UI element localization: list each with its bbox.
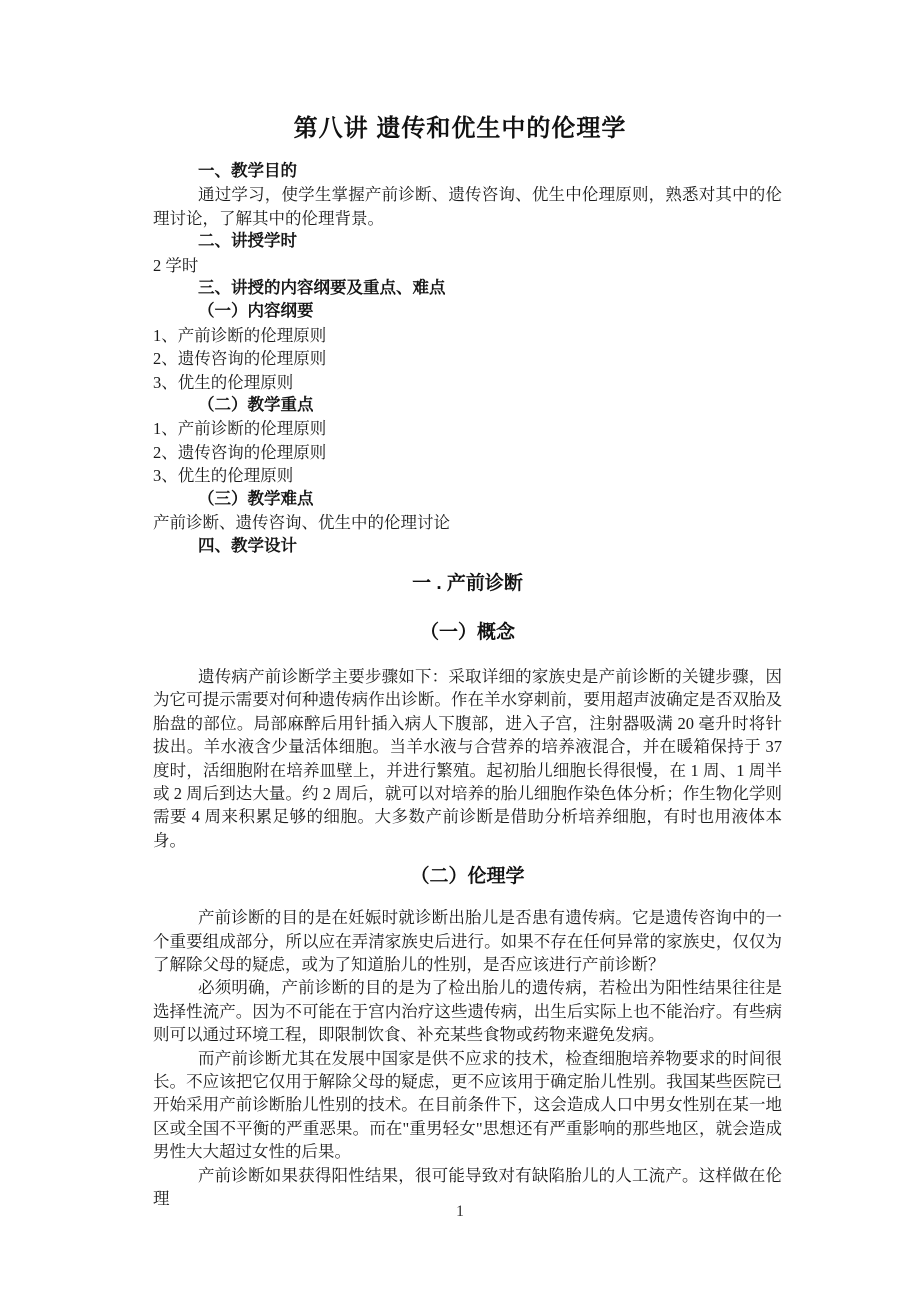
list-item: 2、遗传咨询的伦理原则 [153, 347, 782, 370]
page-number: 1 [0, 1200, 920, 1223]
outline-class-hours-text: 2 学时 [153, 254, 782, 277]
section-heading-prenatal-diagnosis: 一 . 产前诊断 [153, 572, 782, 596]
document-page: 第八讲 遗传和优生中的伦理学 一、教学目的 通过学习，使学生掌握产前诊断、遗传咨… [0, 0, 920, 1302]
concept-paragraph: 遗传病产前诊断学主要步骤如下：采取详细的家族史是产前诊断的关键步骤，因为它可提示… [153, 665, 782, 852]
outline-heading-content-outline: 三、讲授的内容纲要及重点、难点 [153, 277, 782, 300]
outline-subheading-content: （一）内容纲要 [153, 300, 782, 323]
document-content: 一、教学目的 通过学习，使学生掌握产前诊断、遗传咨询、优生中伦理原则，熟悉对其中… [153, 160, 782, 1210]
list-item: 1、产前诊断的伦理原则 [153, 324, 782, 347]
ethics-paragraph: 必须明确，产前诊断的目的是为了检出胎儿的遗传病，若检出为阳性结果往往是选择性流产… [153, 976, 782, 1046]
outline-subheading-key-points: （二）教学重点 [153, 394, 782, 417]
page-title: 第八讲 遗传和优生中的伦理学 [0, 0, 920, 144]
subsection-heading-ethics: （二）伦理学 [153, 865, 782, 889]
ethics-paragraph: 而产前诊断尤其在发展中国家是供不应求的技术，检查细胞培养物要求的时间很长。不应该… [153, 1047, 782, 1164]
list-item: 1、产前诊断的伦理原则 [153, 417, 782, 440]
ethics-paragraph: 产前诊断的目的是在妊娠时就诊断出胎儿是否患有遗传病。它是遗传咨询中的一个重要组成… [153, 906, 782, 976]
list-item: 3、优生的伦理原则 [153, 371, 782, 394]
outline-heading-class-hours: 二、讲授学时 [153, 230, 782, 253]
outline-difficulties-text: 产前诊断、遗传咨询、优生中的伦理讨论 [153, 511, 782, 534]
list-item: 3、优生的伦理原则 [153, 464, 782, 487]
outline-heading-teaching-goal: 一、教学目的 [153, 160, 782, 183]
outline-subheading-difficulties: （三）教学难点 [153, 488, 782, 511]
subsection-heading-concept: （一）概念 [153, 621, 782, 645]
list-item: 2、遗传咨询的伦理原则 [153, 441, 782, 464]
outline-teaching-goal-text: 通过学习，使学生掌握产前诊断、遗传咨询、优生中伦理原则，熟悉对其中的伦理讨论，了… [153, 183, 782, 230]
outline-heading-teaching-design: 四、教学设计 [153, 535, 782, 558]
